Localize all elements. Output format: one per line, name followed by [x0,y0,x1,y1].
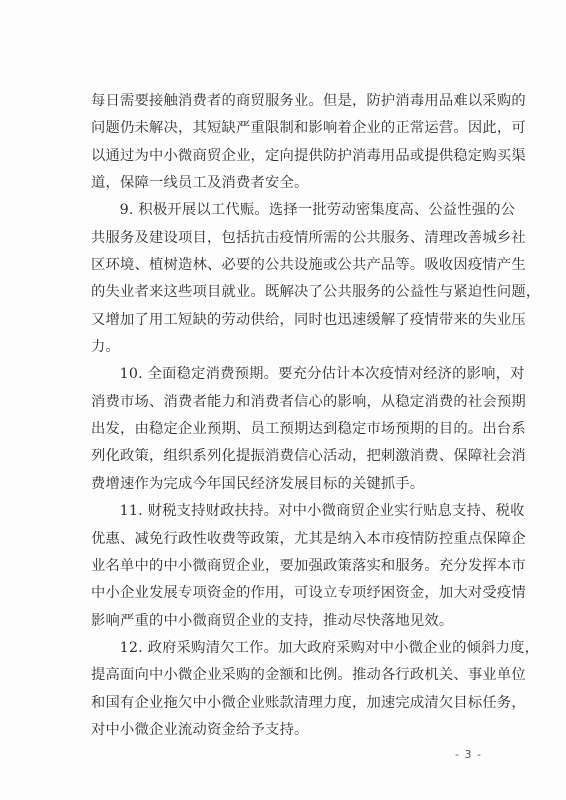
paragraph-item-12: 12. 政府采购清欠工作。加大政府采购对中小微企业的倾斜力度， 提高面向中小微企… [91,635,483,744]
document-body: 每日需要接触消费者的商贸服务业。但是，防护消毒用品难以采购的 问题仍未解决，其短… [91,88,483,744]
text-line: 问题仍未解决，其短缺严重限制和影响着企业的正常运营。因此，可 [91,115,483,142]
text-line: 每日需要接触消费者的商贸服务业。但是，防护消毒用品难以采购的 [91,88,483,115]
text-line: 10. 全面稳定消费预期。要充分估计本次疫情对经济的影响，对 [91,361,483,388]
text-line: 优惠、减免行政性收费等政策，尤其是纳入本市疫情防控重点保障企 [91,526,483,553]
paragraph-continuation: 每日需要接触消费者的商贸服务业。但是，防护消毒用品难以采购的 问题仍未解决，其短… [91,88,483,197]
text-line: 以通过为中小微商贸企业，定向提供防护消毒用品或提供稳定购买渠 [91,143,483,170]
text-line: 消费市场、消费者能力和消费者信心的影响，从稳定消费的社会预期 [91,389,483,416]
text-line: 对中小微企业流动资金给予支持。 [91,717,483,744]
text-line: 力。 [91,334,483,361]
page-number: - 3 - [455,748,482,761]
text-line: 9. 积极开展以工代赈。选择一批劳动密集度高、公益性强的公 [91,197,483,224]
text-line: 共服务及建设项目，包括抗击疫情所需的公共服务、清理改善城乡社 [91,225,483,252]
text-line: 中小企业发展专项资金的作用，可设立专项纾困资金，加大对受疫情 [91,580,483,607]
paragraph-item-9: 9. 积极开展以工代赈。选择一批劳动密集度高、公益性强的公 共服务及建设项目，包… [91,197,483,361]
text-line: 12. 政府采购清欠工作。加大政府采购对中小微企业的倾斜力度， [91,635,483,662]
text-line: 道，保障一线员工及消费者安全。 [91,170,483,197]
text-line: 区环境、植树造林、必要的公共设施或公共产品等。吸收因疫情产生 [91,252,483,279]
text-line: 的失业者来这些项目就业。既解决了公共服务的公益性与紧迫性问题， [91,279,483,306]
text-line: 影响严重的中小微商贸企业的支持，推动尽快落地见效。 [91,608,483,635]
text-line: 费增速作为完成今年国民经济发展目标的关键抓手。 [91,471,483,498]
text-line: 出发，由稳定企业预期、员工预期达到稳定市场预期的目的。出台系 [91,416,483,443]
text-line: 提高面向中小微企业采购的金额和比例。推动各行政机关、事业单位 [91,662,483,689]
paragraph-item-10: 10. 全面稳定消费预期。要充分估计本次疫情对经济的影响，对 消费市场、消费者能… [91,361,483,498]
paragraph-item-11: 11. 财税支持财政扶持。对中小微商贸企业实行贴息支持、税收 优惠、减免行政性收… [91,498,483,635]
text-line: 列化政策，组织系列化提振消费信心活动，把刺激消费、保障社会消 [91,443,483,470]
document-page: 每日需要接触消费者的商贸服务业。但是，防护消毒用品难以采购的 问题仍未解决，其短… [0,0,566,800]
text-line: 业名单中的中小微商贸企业，要加强政策落实和服务。充分发挥本市 [91,553,483,580]
text-line: 11. 财税支持财政扶持。对中小微商贸企业实行贴息支持、税收 [91,498,483,525]
text-line: 又增加了用工短缺的劳动供给，同时也迅速缓解了疫情带来的失业压 [91,307,483,334]
text-line: 和国有企业拖欠中小微企业账款清理力度，加速完成清欠目标任务， [91,690,483,717]
